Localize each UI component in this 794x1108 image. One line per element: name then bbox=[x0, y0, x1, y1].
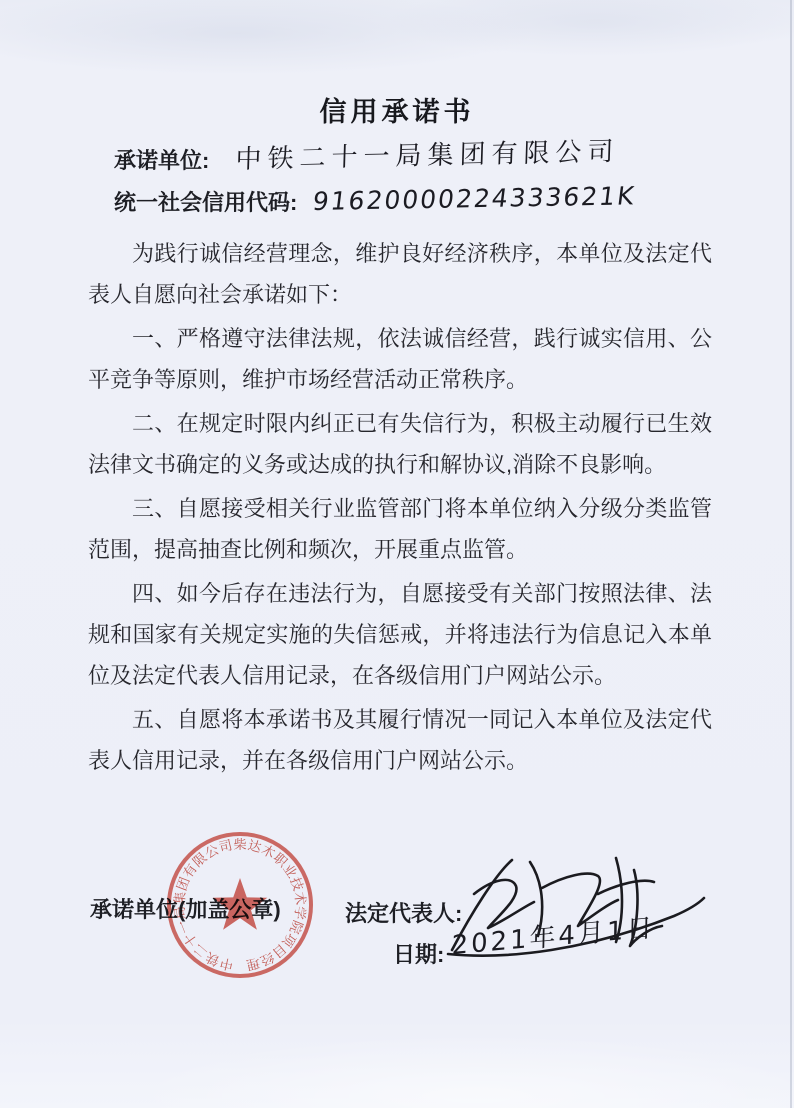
official-seal-stamp: 中铁二十一局集团有限公司柴达木职业技术学院项目经理部 bbox=[164, 829, 316, 981]
document-title: 信用承诺书 bbox=[0, 90, 794, 129]
paragraph-item-1: 一、严格遵守法律法规，依法诚信经营，践行诚实信用、公平竞争等原则，维护市场经营活… bbox=[88, 318, 712, 400]
commitment-body: 为践行诚信经营理念，维护良好经济秩序，本单位及法定代表人自愿向社会承诺如下： 一… bbox=[88, 233, 712, 781]
scanned-document-page: 信用承诺书 承诺单位:中铁二十一局集团有限公司 统一社会信用代码:9162000… bbox=[0, 0, 794, 1108]
unit-handwritten-value: 中铁二十一局集团有限公司 bbox=[235, 131, 620, 176]
unit-label: 承诺单位: bbox=[114, 148, 209, 173]
paragraph-item-2: 二、在规定时限内纠正已有失信行为，积极主动履行已生效法律文书确定的义务或达成的执… bbox=[88, 403, 712, 485]
credit-code-label: 统一社会信用代码: bbox=[114, 190, 297, 215]
credit-code-handwritten-value: 91620000224333621K bbox=[311, 181, 637, 216]
unit-field-row: 承诺单位:中铁二十一局集团有限公司 bbox=[114, 139, 794, 176]
paragraph-item-5: 五、自愿将本承诺书及其履行情况一同记入本单位及法定代表人信用记录，并在各级信用门… bbox=[88, 699, 712, 781]
credit-code-field-row: 统一社会信用代码:91620000224333621K bbox=[114, 186, 794, 217]
legal-representative-signature bbox=[438, 842, 713, 967]
seal-star-icon bbox=[213, 878, 268, 930]
date-label: 日期: bbox=[393, 938, 444, 969]
paragraph-item-4: 四、如今后存在违法行为，自愿接受有关部门按照法律、法规和国家有关规定实施的失信惩… bbox=[88, 573, 712, 696]
paragraph-item-3: 三、自愿接受相关行业监管部门将本单位纳入分级分类监管范围，提高抽查比例和频次，开… bbox=[88, 488, 712, 570]
paragraph-intro: 为践行诚信经营理念，维护良好经济秩序，本单位及法定代表人自愿向社会承诺如下： bbox=[88, 233, 712, 315]
